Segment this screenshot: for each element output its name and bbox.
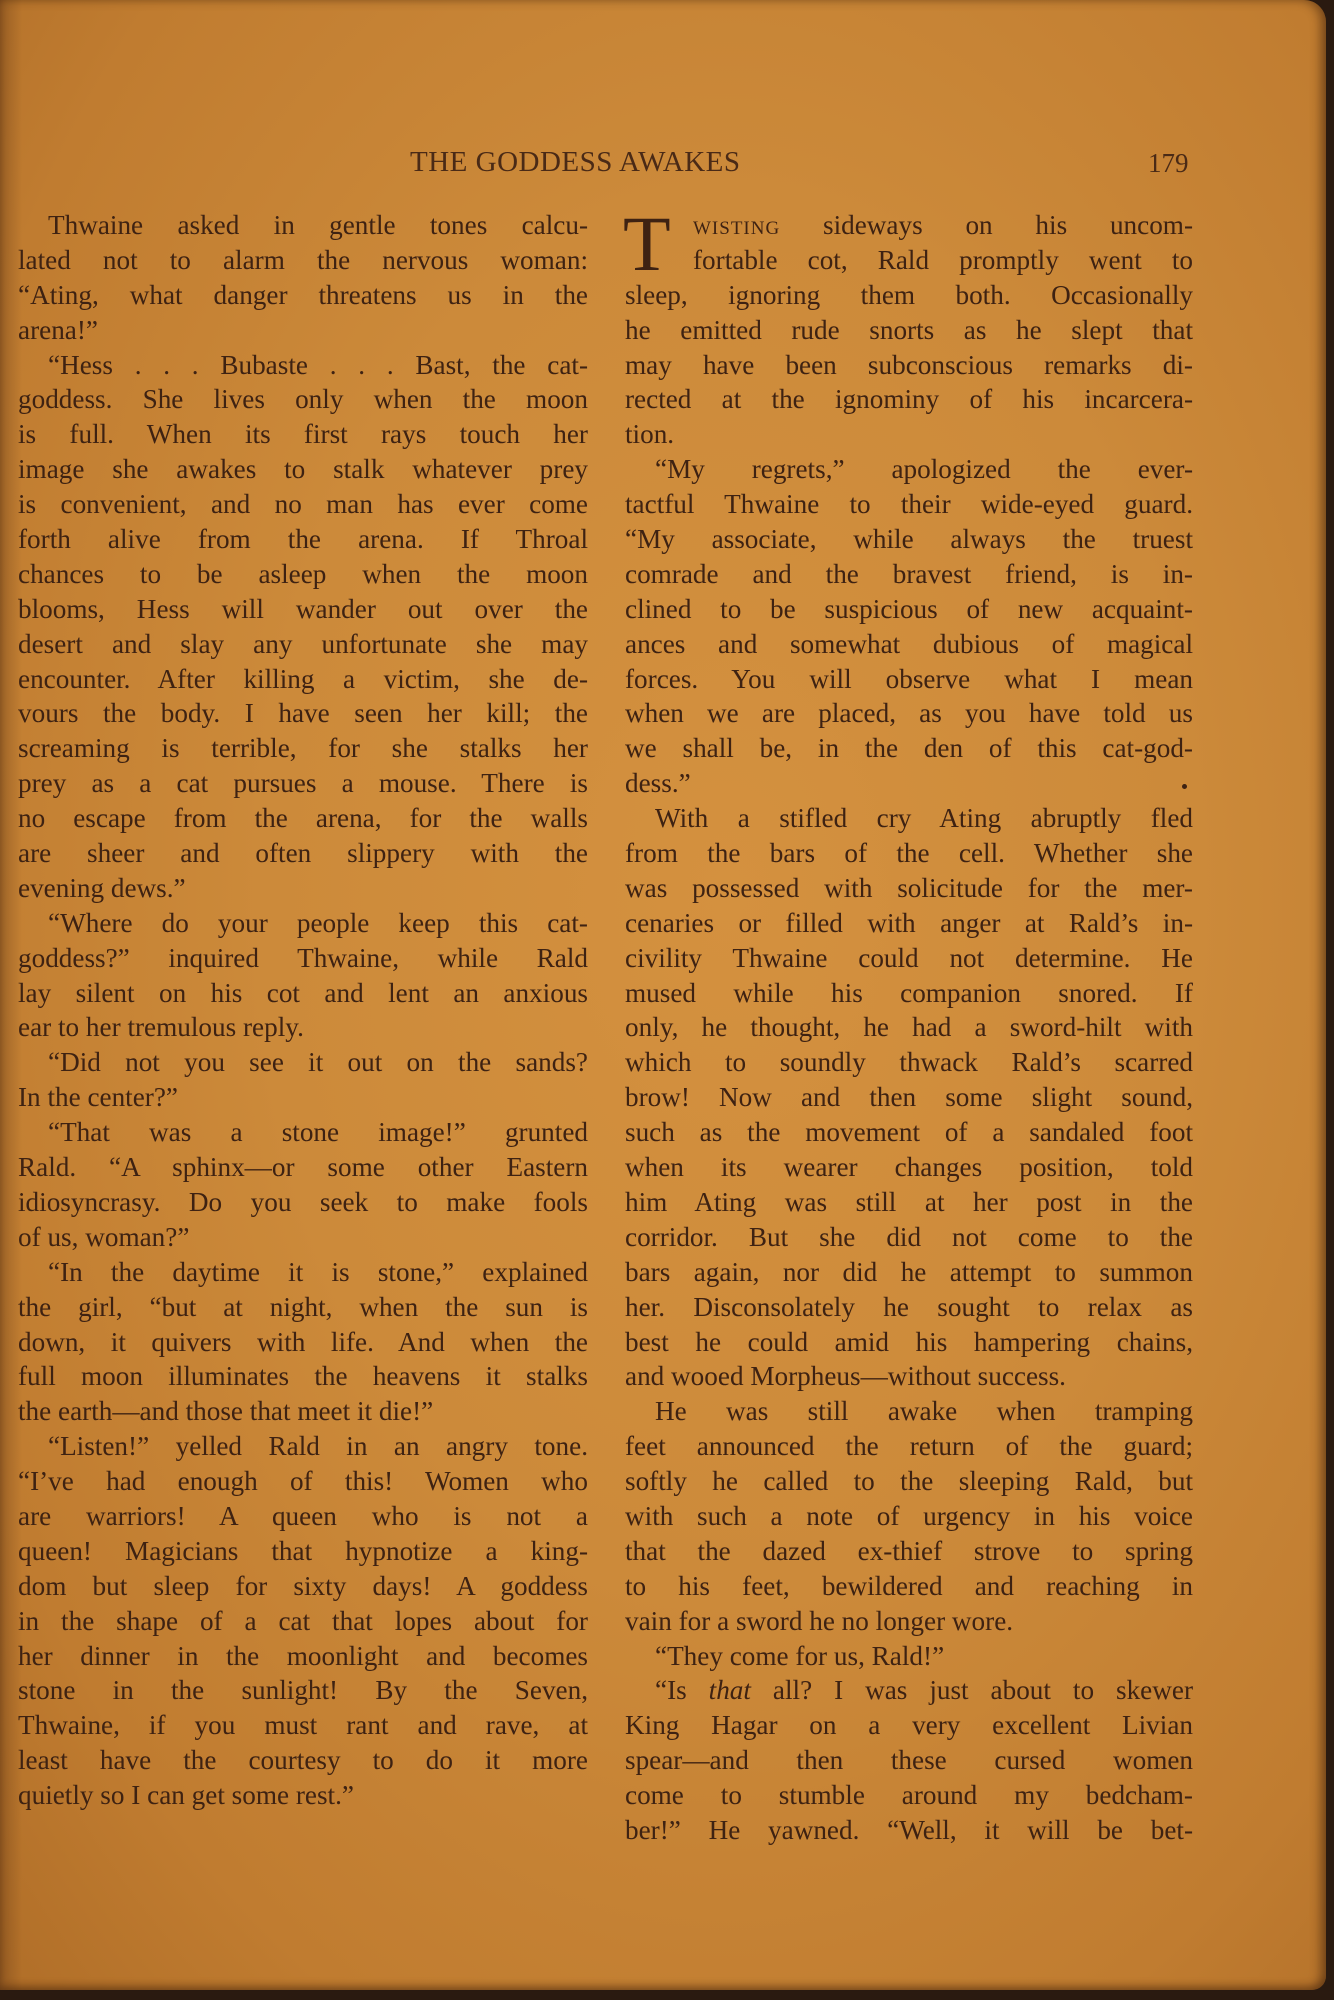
- text-line: with such a note of urgency in his voice: [625, 1499, 1193, 1534]
- text-line: encounter. After killing a victim, she d…: [18, 662, 588, 697]
- text-line: when its wearer changes position, told: [625, 1150, 1193, 1185]
- text-line: Thwaine asked in gentle tones calcu-: [18, 208, 588, 243]
- text-line: dom but sleep for sixty days! A goddess: [18, 1569, 588, 1604]
- text-line: down, it quivers with life. And when the: [18, 1325, 588, 1360]
- text-line: come to stumble around my bedcham-: [625, 1778, 1193, 1813]
- text-line: “My regrets,” apologized the ever-: [625, 452, 1193, 487]
- text-line: he emitted rude snorts as he slept that: [625, 313, 1193, 348]
- text-line: lated not to alarm the nervous woman:: [18, 243, 588, 278]
- left-column: Thwaine asked in gentle tones calcu- lat…: [18, 208, 588, 1813]
- text-line: In the center?”: [18, 1080, 588, 1115]
- text-line: was possessed with solicitude for the me…: [625, 871, 1193, 906]
- text-line: goddess. She lives only when the moon: [18, 382, 588, 417]
- italic-emphasis: that: [709, 1675, 751, 1705]
- text-line: least have the courtesy to do it more: [18, 1743, 588, 1778]
- text-line: best he could amid his hampering chains,: [625, 1325, 1193, 1360]
- text-line: comrade and the bravest friend, is in-: [625, 557, 1193, 592]
- text-line: rected at the ignominy of his incarcera-: [625, 382, 1193, 417]
- text-line: forces. You will observe what I mean: [625, 662, 1193, 697]
- text-line: him Ating was still at her post in the: [625, 1185, 1193, 1220]
- text-line: “Hess . . . Bubaste . . . Bast, the cat-: [18, 348, 588, 383]
- text-line: screaming is terrible, for she stalks he…: [18, 731, 588, 766]
- text-line: evening dews.”: [18, 871, 588, 906]
- text-line: queen! Magicians that hypnotize a king-: [18, 1534, 588, 1569]
- text-line: prey as a cat pursues a mouse. There is: [18, 766, 588, 801]
- text-line: the earth—and those that meet it die!”: [18, 1394, 588, 1429]
- text-line: “Did not you see it out on the sands?: [18, 1045, 588, 1080]
- text-line: from the bars of the cell. Whether she: [625, 836, 1193, 871]
- text-line: cenaries or filled with anger at Rald’s …: [625, 906, 1193, 941]
- text-line: “Ating, what danger threatens us in the: [18, 278, 588, 313]
- text-line: blooms, Hess will wander out over the: [18, 592, 588, 627]
- text-line: no escape from the arena, for the walls: [18, 801, 588, 836]
- text-line: quietly so I can get some rest.”: [18, 1778, 588, 1813]
- text-line: ear to her tremulous reply.: [18, 1010, 588, 1045]
- text-line: her. Disconsolately he sought to relax a…: [625, 1290, 1193, 1325]
- text-line: image she awakes to stalk whatever prey: [18, 452, 588, 487]
- text-line: the girl, “but at night, when the sun is: [18, 1290, 588, 1325]
- text-line: “I’ve had enough of this! Women who: [18, 1464, 588, 1499]
- text-line: of us, woman?”: [18, 1220, 588, 1255]
- text-line: idiosyncrasy. Do you seek to make fools: [18, 1185, 588, 1220]
- text-line: such as the movement of a sandaled foot: [625, 1115, 1193, 1150]
- text-line: clined to be suspicious of new acquaint-: [625, 592, 1193, 627]
- text-line: fortable cot, Rald promptly went to: [625, 243, 1193, 278]
- text-line: vours the body. I have seen her kill; th…: [18, 696, 588, 731]
- text-line: “Where do your people keep this cat-: [18, 906, 588, 941]
- text-line: which to soundly thwack Rald’s scarred: [625, 1045, 1193, 1080]
- text-line: in the shape of a cat that lopes about f…: [18, 1604, 588, 1639]
- text-line: to his feet, bewildered and reaching in: [625, 1569, 1193, 1604]
- text-line: dess.”: [625, 766, 1193, 801]
- text-line: tactful Thwaine to their wide-eyed guard…: [625, 487, 1193, 522]
- right-column: T WISTING sideways on his uncom- fortabl…: [625, 208, 1193, 1848]
- text-line: Thwaine, if you must rant and rave, at: [18, 1708, 588, 1743]
- text-line: He was still awake when tramping: [625, 1394, 1193, 1429]
- text-line: softly he called to the sleeping Rald, b…: [625, 1464, 1193, 1499]
- text-line: may have been subconscious remarks di-: [625, 348, 1193, 383]
- text-line: King Hagar on a very excellent Livian: [625, 1708, 1193, 1743]
- page-number: 179: [1148, 148, 1189, 179]
- text-line: stone in the sunlight! By the Seven,: [18, 1673, 588, 1708]
- text-line: “Is that all? I was just about to skewer: [625, 1673, 1193, 1708]
- text-line: is convenient, and no man has ever come: [18, 487, 588, 522]
- opening-smallcaps: WISTING: [693, 218, 780, 239]
- drop-cap: T: [623, 212, 671, 276]
- text-line: corridor. But she did not come to the: [625, 1220, 1193, 1255]
- text-line: With a stifled cry Ating abruptly fled: [625, 801, 1193, 836]
- text-line: we shall be, in the den of this cat-god-: [625, 731, 1193, 766]
- text-line: are warriors! A queen who is not a: [18, 1499, 588, 1534]
- text-line: are sheer and often slippery with the: [18, 836, 588, 871]
- text-line: forth alive from the arena. If Throal: [18, 522, 588, 557]
- text-line: that the dazed ex-thief strove to spring: [625, 1534, 1193, 1569]
- text-line: when we are placed, as you have told us: [625, 696, 1193, 731]
- text-line: tion.: [625, 417, 1193, 452]
- text-line: “They come for us, Rald!”: [625, 1639, 1193, 1674]
- text-line: chances to be asleep when the moon: [18, 557, 588, 592]
- text-line: arena!”: [18, 313, 588, 348]
- ink-speck: [1182, 784, 1187, 789]
- text-line: brow! Now and then some slight sound,: [625, 1080, 1193, 1115]
- text-line: ances and somewhat dubious of magical: [625, 627, 1193, 662]
- text-line: feet announced the return of the guard;: [625, 1429, 1193, 1464]
- running-title: THE GODDESS AWAKES: [410, 146, 741, 179]
- text-line: her dinner in the moonlight and becomes: [18, 1639, 588, 1674]
- text-line: mused while his companion snored. If: [625, 976, 1193, 1011]
- text-line: full moon illuminates the heavens it sta…: [18, 1359, 588, 1394]
- text-line: only, he thought, he had a sword-hilt wi…: [625, 1010, 1193, 1045]
- book-page: THE GODDESS AWAKES 179 Thwaine asked in …: [0, 0, 1326, 1990]
- text-line: ber!” He yawned. “Well, it will be bet-: [625, 1813, 1193, 1848]
- text-line: “My associate, while always the truest: [625, 522, 1193, 557]
- text-line: “That was a stone image!” grunted: [18, 1115, 588, 1150]
- text-line: is full. When its first rays touch her: [18, 417, 588, 452]
- text-line: sleep, ignoring them both. Occasionally: [625, 278, 1193, 313]
- text-line: bars again, nor did he attempt to summon: [625, 1255, 1193, 1290]
- text-line: “Listen!” yelled Rald in an angry tone.: [18, 1429, 588, 1464]
- text-line: spear—and then these cursed women: [625, 1743, 1193, 1778]
- text-line: and wooed Morpheus—without success.: [625, 1359, 1193, 1394]
- text-line: lay silent on his cot and lent an anxiou…: [18, 976, 588, 1011]
- text-line: Rald. “A sphinx—or some other Eastern: [18, 1150, 588, 1185]
- text-line: WISTING sideways on his uncom-: [625, 208, 1193, 243]
- text-line: civility Thwaine could not determine. He: [625, 941, 1193, 976]
- text-line: “In the daytime it is stone,” explained: [18, 1255, 588, 1290]
- text-line: desert and slay any unfortunate she may: [18, 627, 588, 662]
- text-line: goddess?” inquired Thwaine, while Rald: [18, 941, 588, 976]
- text-line: vain for a sword he no longer wore.: [625, 1604, 1193, 1639]
